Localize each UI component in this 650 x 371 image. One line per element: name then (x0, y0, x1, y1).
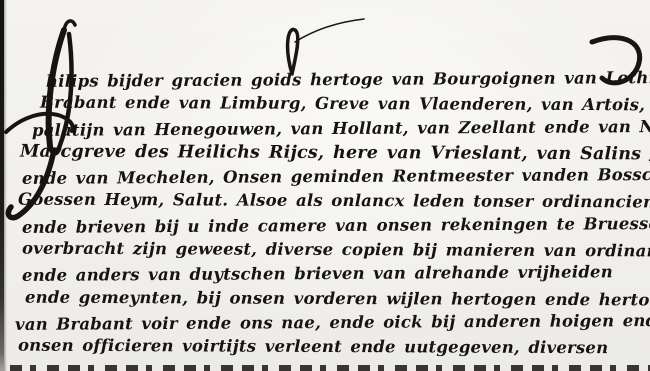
text-line-9: ende anders van duytschen brieven van al… (22, 260, 644, 288)
cropped-next-line (10, 365, 650, 371)
ascender-flourish-icon (272, 14, 372, 76)
manuscript-text: hilips bijder gracien goids hertoge van … (10, 68, 644, 360)
text-line-11: van Brabant voir ende ons nae, ende oick… (15, 309, 644, 337)
text-line-3: palatijn van Henegouwen, van Hollant, va… (32, 115, 644, 143)
text-line-2: Brabant ende van Limburg, Greve van Vlae… (40, 91, 644, 118)
manuscript-scan: hilips bijder gracien goids hertoge van … (0, 0, 650, 371)
text-line-1: hilips bijder gracien goids hertoge van … (46, 66, 644, 94)
text-line-7: ende brieven bij u inde camere van onsen… (22, 212, 644, 240)
text-line-4: Marcgreve des Heilichs Rijcs, here van V… (20, 140, 644, 167)
text-line-10: ende gemeynten, bij onsen vorderen wijle… (25, 285, 644, 312)
text-line-6: Goessen Heym, Salut. Alsoe als onlancx l… (18, 188, 644, 215)
text-line-12: onsen officieren voirtijts verleent ende… (18, 334, 644, 361)
scan-edge-shadow (4, 0, 7, 371)
